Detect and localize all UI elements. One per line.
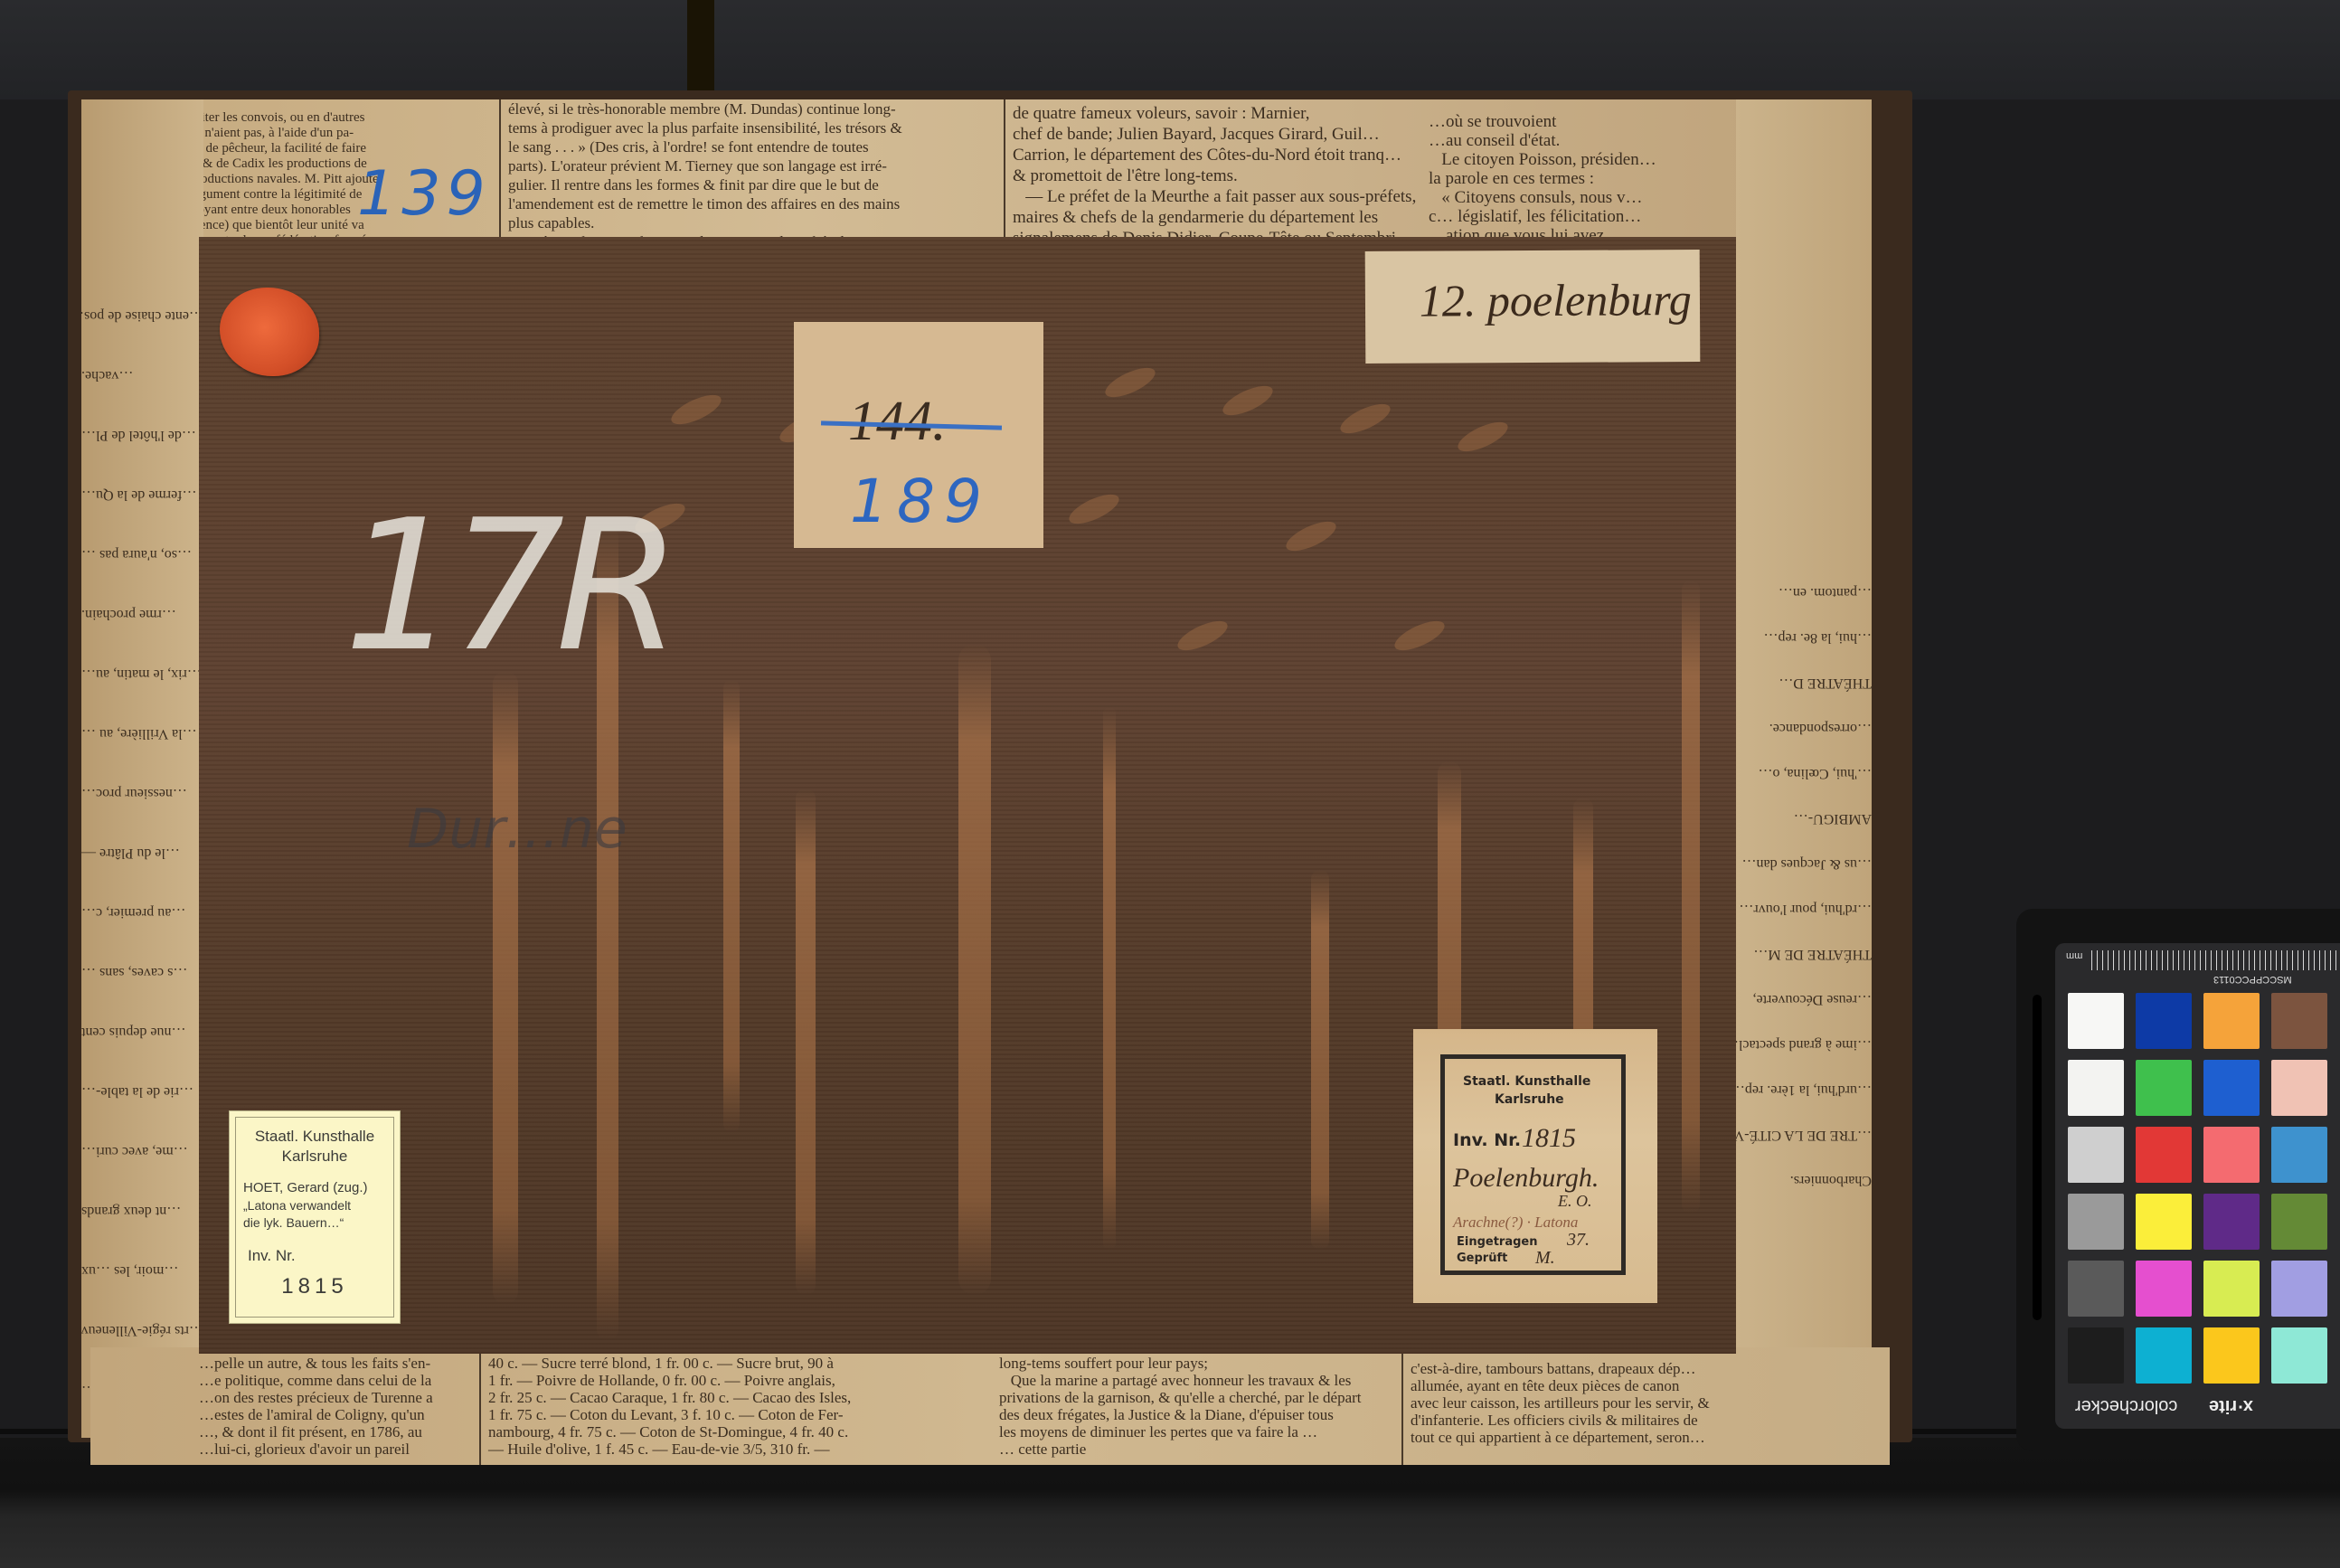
color-patch xyxy=(2068,993,2124,1049)
wood-streak xyxy=(493,671,518,1304)
newspaper-left-text: …désireroit ache… …rts régie-Villeneuve … xyxy=(81,99,203,1438)
color-patch xyxy=(2271,1060,2327,1116)
newspaper-top-col2: élevé, si le très-honorable membre (M. D… xyxy=(508,99,904,253)
wood-streak xyxy=(1103,707,1116,1250)
inventory-slip: 144. 189 xyxy=(794,322,1043,548)
color-patch xyxy=(2136,1060,2192,1116)
wood-streak xyxy=(958,644,991,1295)
color-patch xyxy=(2068,1127,2124,1183)
artwork-title-line1: „Latona verwandelt xyxy=(243,1198,351,1213)
newspaper-bottom-col3: long-tems souffert pour leur pays; Que l… xyxy=(999,1355,1362,1458)
color-patch xyxy=(2136,1127,2192,1183)
color-patch xyxy=(2203,993,2260,1049)
newspaper-bottom-col4: c'est-à-dire, tambours battans, drapeaux… xyxy=(1411,1360,1710,1446)
color-checker-card: mm MSCCPPCC0113 x·rite colorchecker xyxy=(2055,943,2340,1429)
museum-city: Karlsruhe xyxy=(230,1148,400,1166)
color-patch xyxy=(2136,1327,2192,1384)
color-patch xyxy=(2203,1194,2260,1250)
old-label-city: Karlsruhe xyxy=(1495,1092,1564,1107)
color-patch xyxy=(2068,1261,2124,1317)
old-label-inv-label: Inv. Nr. xyxy=(1453,1130,1521,1150)
newspaper-bottom-col2: 40 c. — Sucre terré blond, 1 fr. 00 c. —… xyxy=(488,1355,851,1458)
blue-crayon-number: 139 xyxy=(357,158,491,230)
color-patch xyxy=(2203,1127,2260,1183)
color-patch xyxy=(2068,1327,2124,1384)
newspaper-strip-left: …désireroit ache… …rts régie-Villeneuve … xyxy=(81,99,203,1438)
old-label-subject: Arachne(?) · Latona xyxy=(1453,1214,1578,1232)
color-patch xyxy=(2203,1060,2260,1116)
wood-streak xyxy=(1682,581,1700,1214)
old-label-museum-name: Staatl. Kunsthalle xyxy=(1463,1074,1590,1089)
wood-streak xyxy=(796,789,816,1295)
old-label-entered-value: 37. xyxy=(1567,1230,1590,1251)
color-patch xyxy=(2271,993,2327,1049)
color-patch xyxy=(2271,1261,2327,1317)
old-label-medium: E. O. xyxy=(1558,1192,1592,1211)
pencil-marking: Dur…ne xyxy=(407,798,627,861)
museum-label: Staatl. Kunsthalle Karlsruhe HOET, Gerar… xyxy=(229,1110,401,1324)
newspaper-top-col4: …où se trouvoient …au conseil d'état. Le… xyxy=(1429,112,1656,245)
old-museum-label: Staatl. Kunsthalle Karlsruhe Inv. Nr. 18… xyxy=(1413,1029,1657,1303)
ruler-unit: mm xyxy=(2066,950,2082,961)
newspaper-bottom-col1: …pelle un autre, & tous les faits s'en- … xyxy=(199,1355,433,1458)
artist-slip: 12. poelenburg xyxy=(1365,250,1701,364)
mm-ruler xyxy=(2091,950,2340,970)
artist-attribution: HOET, Gerard (zug.) xyxy=(243,1180,368,1195)
color-patch xyxy=(2068,1194,2124,1250)
newspaper-strip-bottom: …pelle un autre, & tous les faits s'en- … xyxy=(90,1347,1890,1465)
wood-streak xyxy=(1311,870,1329,1250)
color-patch xyxy=(2271,1194,2327,1250)
checker-serial: MSCCPPCC0113 xyxy=(2213,974,2292,985)
newspaper-strip-right: Charbonniers. …TRE DE LA CITÉ-V… …urd'hu… xyxy=(1736,99,1872,1438)
old-label-artist: Poelenburgh. xyxy=(1453,1163,1599,1194)
backdrop-top xyxy=(0,0,2340,99)
new-inventory-number: 189 xyxy=(850,467,991,536)
newspaper-top-col3: de quatre fameux voleurs, savoir : Marni… xyxy=(1013,103,1416,249)
color-patches-grid xyxy=(2068,993,2327,1384)
inventory-label: Inv. Nr. xyxy=(248,1247,296,1265)
old-label-checked: Geprüft xyxy=(1457,1252,1507,1265)
old-label-entered: Eingetragen xyxy=(1457,1235,1538,1249)
artwork-title-line2: die lyk. Bauern…“ xyxy=(243,1215,344,1230)
old-label-checked-value: M. xyxy=(1535,1248,1555,1269)
color-patch xyxy=(2271,1127,2327,1183)
color-patch xyxy=(2136,1194,2192,1250)
artist-slip-text: 12. poelenburg xyxy=(1420,273,1692,327)
color-patch xyxy=(2068,1060,2124,1116)
newspaper-right-text: Charbonniers. …TRE DE LA CITÉ-V… …urd'hu… xyxy=(1736,99,1872,1438)
inventory-number: 1815 xyxy=(230,1274,400,1299)
old-label-inv-number: 1815 xyxy=(1522,1123,1576,1154)
color-patch xyxy=(2203,1327,2260,1384)
museum-name: Staatl. Kunsthalle xyxy=(230,1128,400,1146)
backdrop-post xyxy=(687,0,714,99)
wood-streak xyxy=(723,680,740,1132)
color-patch xyxy=(2271,1327,2327,1384)
color-patch xyxy=(2203,1261,2260,1317)
newspaper-strip-top: …er le droit de visiter les convois, ou … xyxy=(90,99,1863,253)
color-patch xyxy=(2136,1261,2192,1317)
chalk-marking: 17R xyxy=(344,481,672,692)
color-patch xyxy=(2136,993,2192,1049)
colorchecker-wordmark: colorchecker xyxy=(2075,1395,2177,1416)
xrite-logo: x·rite xyxy=(2209,1395,2253,1416)
